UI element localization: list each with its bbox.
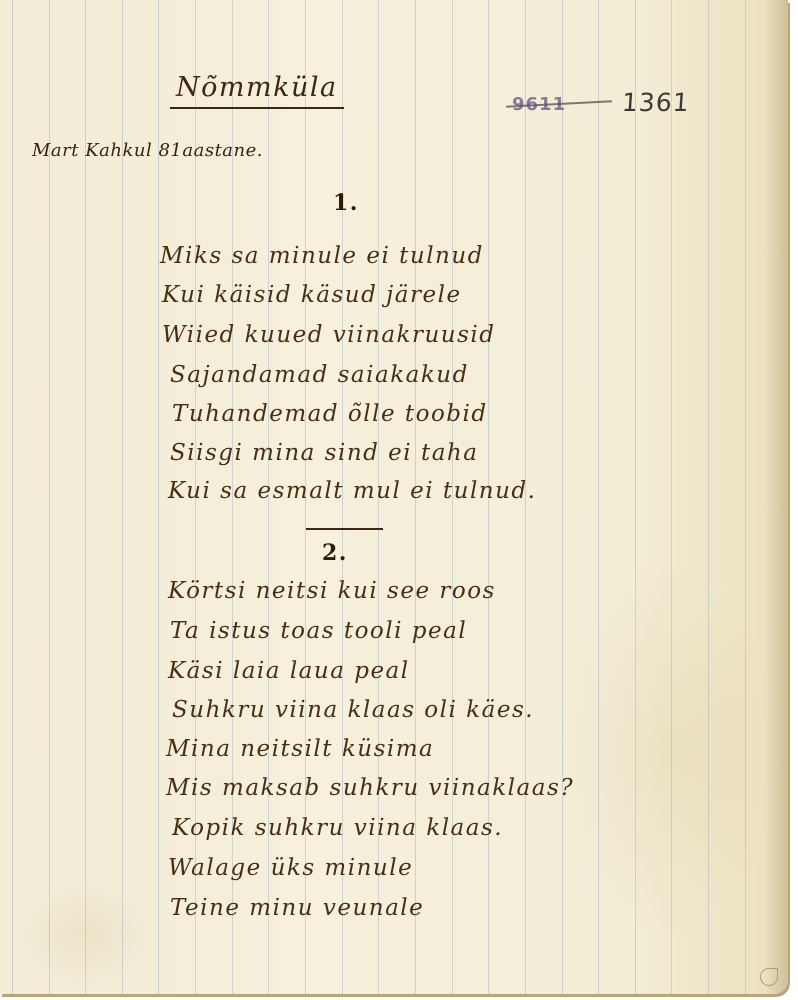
verse-line: Körtsi neitsi kui see roos (168, 578, 496, 604)
verse-line: Käsi laia laua peal (168, 658, 410, 684)
pencil-archive-number: 1361 (621, 88, 691, 117)
verse-line: Tuhandemad õlle toobid (172, 401, 488, 427)
verse-line: Kui sa esmalt mul ei tulnud. (168, 478, 536, 504)
verse-line: Siisgi mina sind ei taha (170, 440, 478, 466)
page-title: Nõmmküla (170, 72, 344, 109)
verse-line: Kui käisid käsud järele (162, 282, 462, 308)
author-line: Mart Kahkul 81aastane. (32, 140, 263, 161)
verse-line: Ta istus toas tooli peal (170, 618, 467, 644)
verse-line: Walage üks minule (168, 855, 413, 881)
section-divider (306, 528, 383, 530)
paper-stain (20, 880, 160, 990)
manuscript-page: Nõmmküla Mart Kahkul 81aastane. 9611 136… (0, 0, 788, 994)
song-number: 2. (322, 540, 348, 566)
song-number: 1. (333, 190, 359, 216)
verse-line: Mina neitsilt küsima (166, 736, 434, 762)
verse-line: Kopik suhkru viina klaas. (172, 815, 503, 841)
verse-line: Miks sa minule ei tulnud (160, 243, 484, 269)
ruling-line (562, 0, 563, 994)
page-corner-curl (760, 968, 778, 986)
ruling-line (12, 0, 13, 994)
verse-line: Wiied kuued viinakruusid (162, 322, 495, 348)
paper-stain (560, 560, 780, 940)
verse-line: Suhkru viina klaas oli käes. (172, 697, 534, 723)
verse-line: Mis maksab suhkru viinaklaas? (166, 775, 574, 801)
verse-line: Sajandamad saiakakud (170, 362, 469, 388)
verse-line: Teine minu veunale (170, 895, 424, 921)
